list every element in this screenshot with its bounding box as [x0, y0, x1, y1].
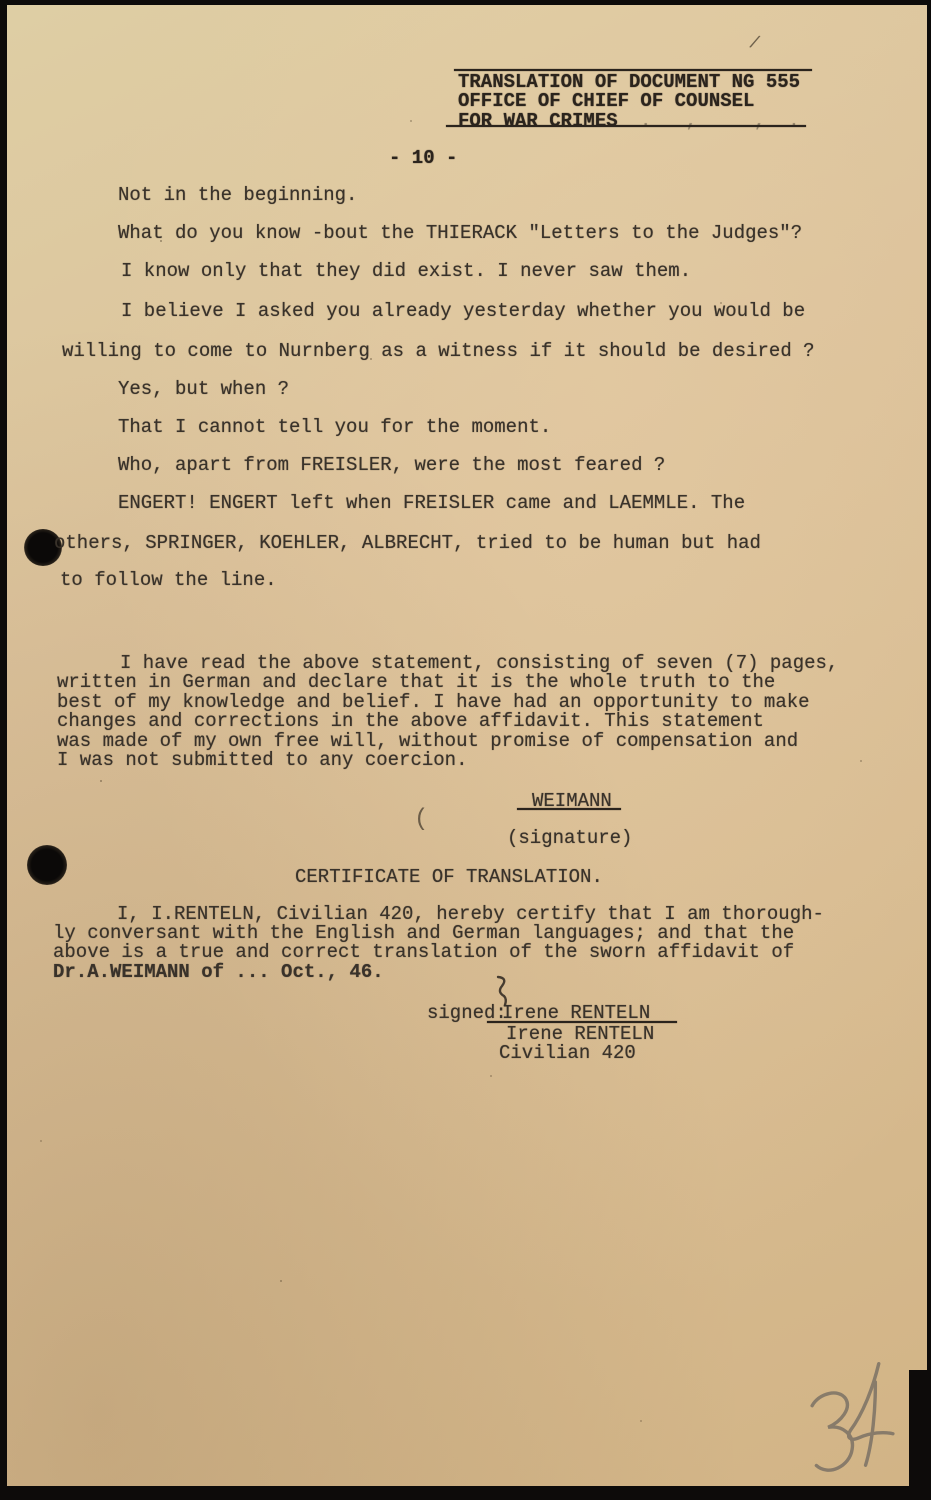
stamp-smudge-marks: . , , .: [640, 110, 800, 132]
stamp-line-2: OFFICE OF CHIEF OF COUNSEL: [458, 90, 754, 112]
qa-line: ENGERT! ENGERT left when FREISLER came a…: [118, 492, 745, 514]
scan-corner-bottom-right: [903, 1454, 931, 1500]
qa-line: Who, apart from FREISLER, were the most …: [118, 454, 665, 476]
translator-typed-role: Civilian 420: [499, 1042, 636, 1064]
affidavit-line: written in German and declare that it is…: [57, 671, 775, 693]
certificate-line: Dr.A.WEIMANN of ... Oct., 46.: [53, 961, 384, 983]
qa-line: That I cannot tell you for the moment.: [118, 416, 551, 438]
signature-caption: (signature): [507, 827, 632, 849]
punch-hole-bottom: [27, 845, 67, 885]
affidavit-line: I was not submitted to any coercion.: [57, 749, 467, 771]
qa-line: I believe I asked you already yesterday …: [121, 300, 805, 322]
stamp-rule-bottom: [446, 125, 806, 127]
certificate-line: above is a true and correct translation …: [53, 941, 794, 963]
ink-paren-mark: (: [414, 806, 428, 833]
qa-line: others, SPRINGER, KOEHLER, ALBRECHT, tri…: [54, 532, 761, 554]
qa-line: What do you know -bout the THIERACK "Let…: [118, 222, 802, 244]
signature-underline: [517, 808, 621, 810]
qa-line: willing to come to Nurnberg as a witness…: [62, 340, 815, 362]
qa-line: to follow the line.: [60, 569, 277, 591]
page-number: - 10 -: [389, 147, 457, 169]
affidavit-line: changes and corrections in the above aff…: [57, 710, 764, 732]
qa-line: Yes, but when ?: [118, 378, 289, 400]
qa-line: Not in the beginning.: [118, 184, 357, 206]
certificate-title: CERTIFICATE OF TRANSLATION.: [295, 866, 603, 888]
document-scan-page: TRANSLATION OF DOCUMENT NG 555 OFFICE OF…: [0, 0, 931, 1500]
qa-line: I know only that they did exist. I never…: [121, 260, 691, 282]
stamp-line-3: FOR WAR CRIMES: [458, 110, 618, 132]
